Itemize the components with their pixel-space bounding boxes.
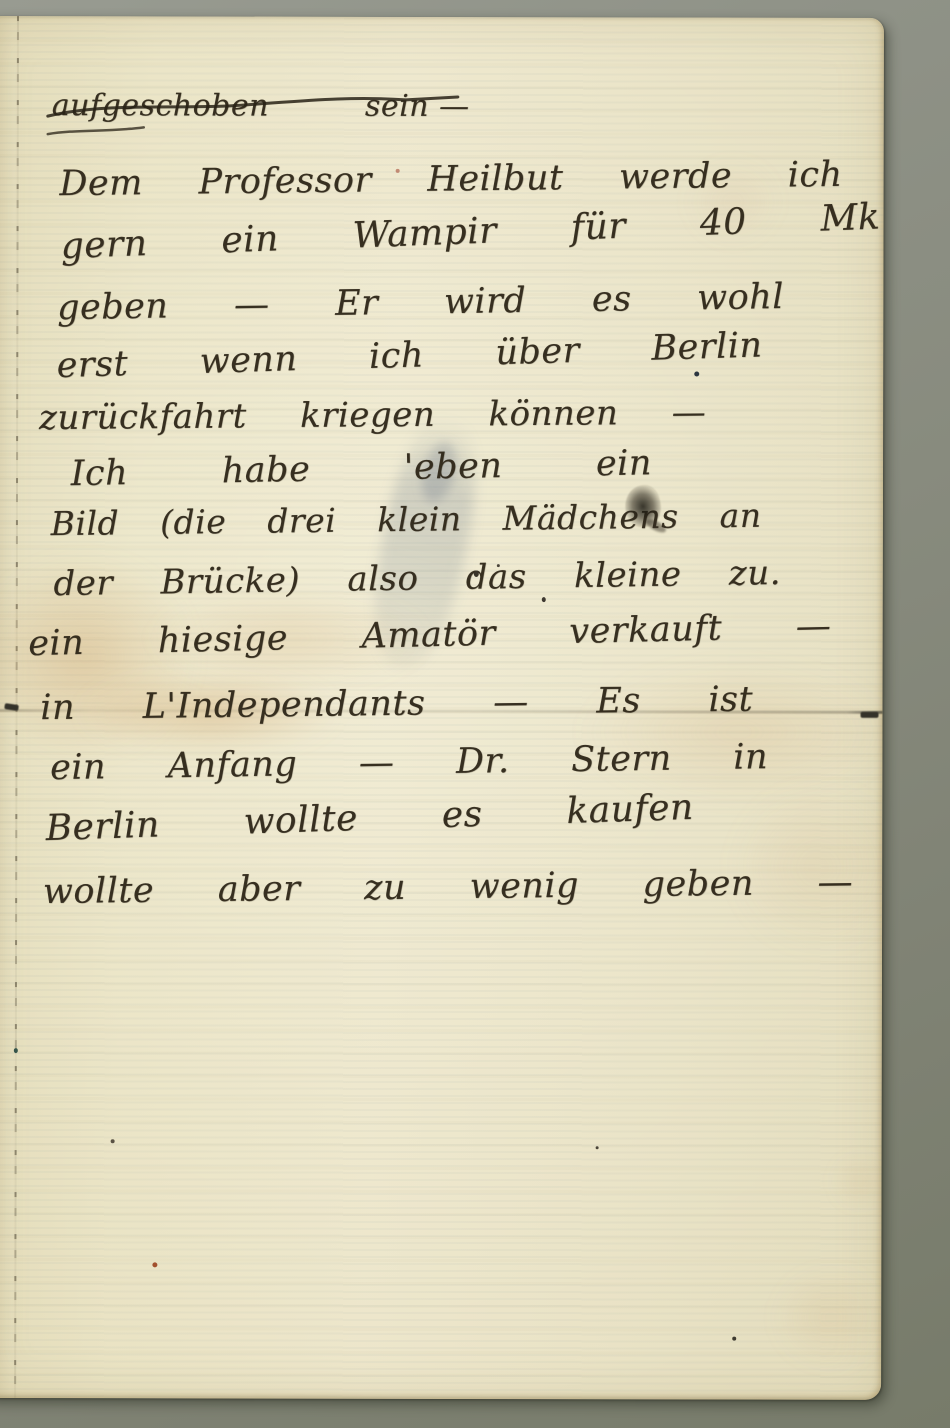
crease-mark-right bbox=[861, 712, 879, 718]
red-speck bbox=[152, 1262, 157, 1267]
ink-speck bbox=[497, 564, 500, 567]
handwriting-line-12: ein Anfang — Dr. Stern in bbox=[50, 737, 769, 788]
letter-paper: aufgeschobensein — Dem Professor Heilbut… bbox=[0, 16, 884, 1400]
ink-speck bbox=[694, 371, 699, 376]
ink-speck bbox=[732, 1337, 736, 1341]
handwriting-line-14: wollte aber zu wenig geben — bbox=[43, 863, 854, 913]
ink-speck bbox=[596, 1146, 599, 1149]
handwriting-line-2: Dem Professor Heilbut werde ich bbox=[59, 155, 843, 204]
handwriting-line-1: aufgeschobensein — bbox=[52, 88, 470, 124]
handwriting-line-10: ein hiesige Amatör verkauft — bbox=[28, 606, 832, 664]
handwriting-line-3: gern ein Wampir für 40 Mk bbox=[60, 196, 881, 267]
handwriting-line-13: Berlin wollte es kaufen bbox=[45, 787, 694, 849]
line-1-rest: sein — bbox=[365, 89, 470, 124]
ink-speck bbox=[111, 1139, 115, 1143]
ink-speck bbox=[14, 1048, 18, 1053]
handwriting-line-5: erst wenn ich über Berlin bbox=[56, 325, 763, 386]
stain-right-small bbox=[836, 1158, 884, 1204]
handwriting-line-7: Ich habe 'eben ein bbox=[70, 443, 652, 494]
ink-speck bbox=[474, 571, 479, 577]
stain-bottom-right bbox=[773, 1268, 884, 1368]
red-speck bbox=[396, 169, 400, 173]
handwriting-line-9: der Brücke) also das kleine zu. bbox=[53, 553, 781, 604]
struck-word: aufgeschoben bbox=[52, 88, 269, 123]
handwriting-line-6: zurückfahrt kriegen können — bbox=[39, 393, 707, 439]
ink-speck bbox=[542, 597, 546, 602]
handwriting-line-4: geben — Er wird es wohl bbox=[57, 277, 784, 328]
handwriting-line-11: in L'Independants — Es ist bbox=[40, 680, 753, 728]
